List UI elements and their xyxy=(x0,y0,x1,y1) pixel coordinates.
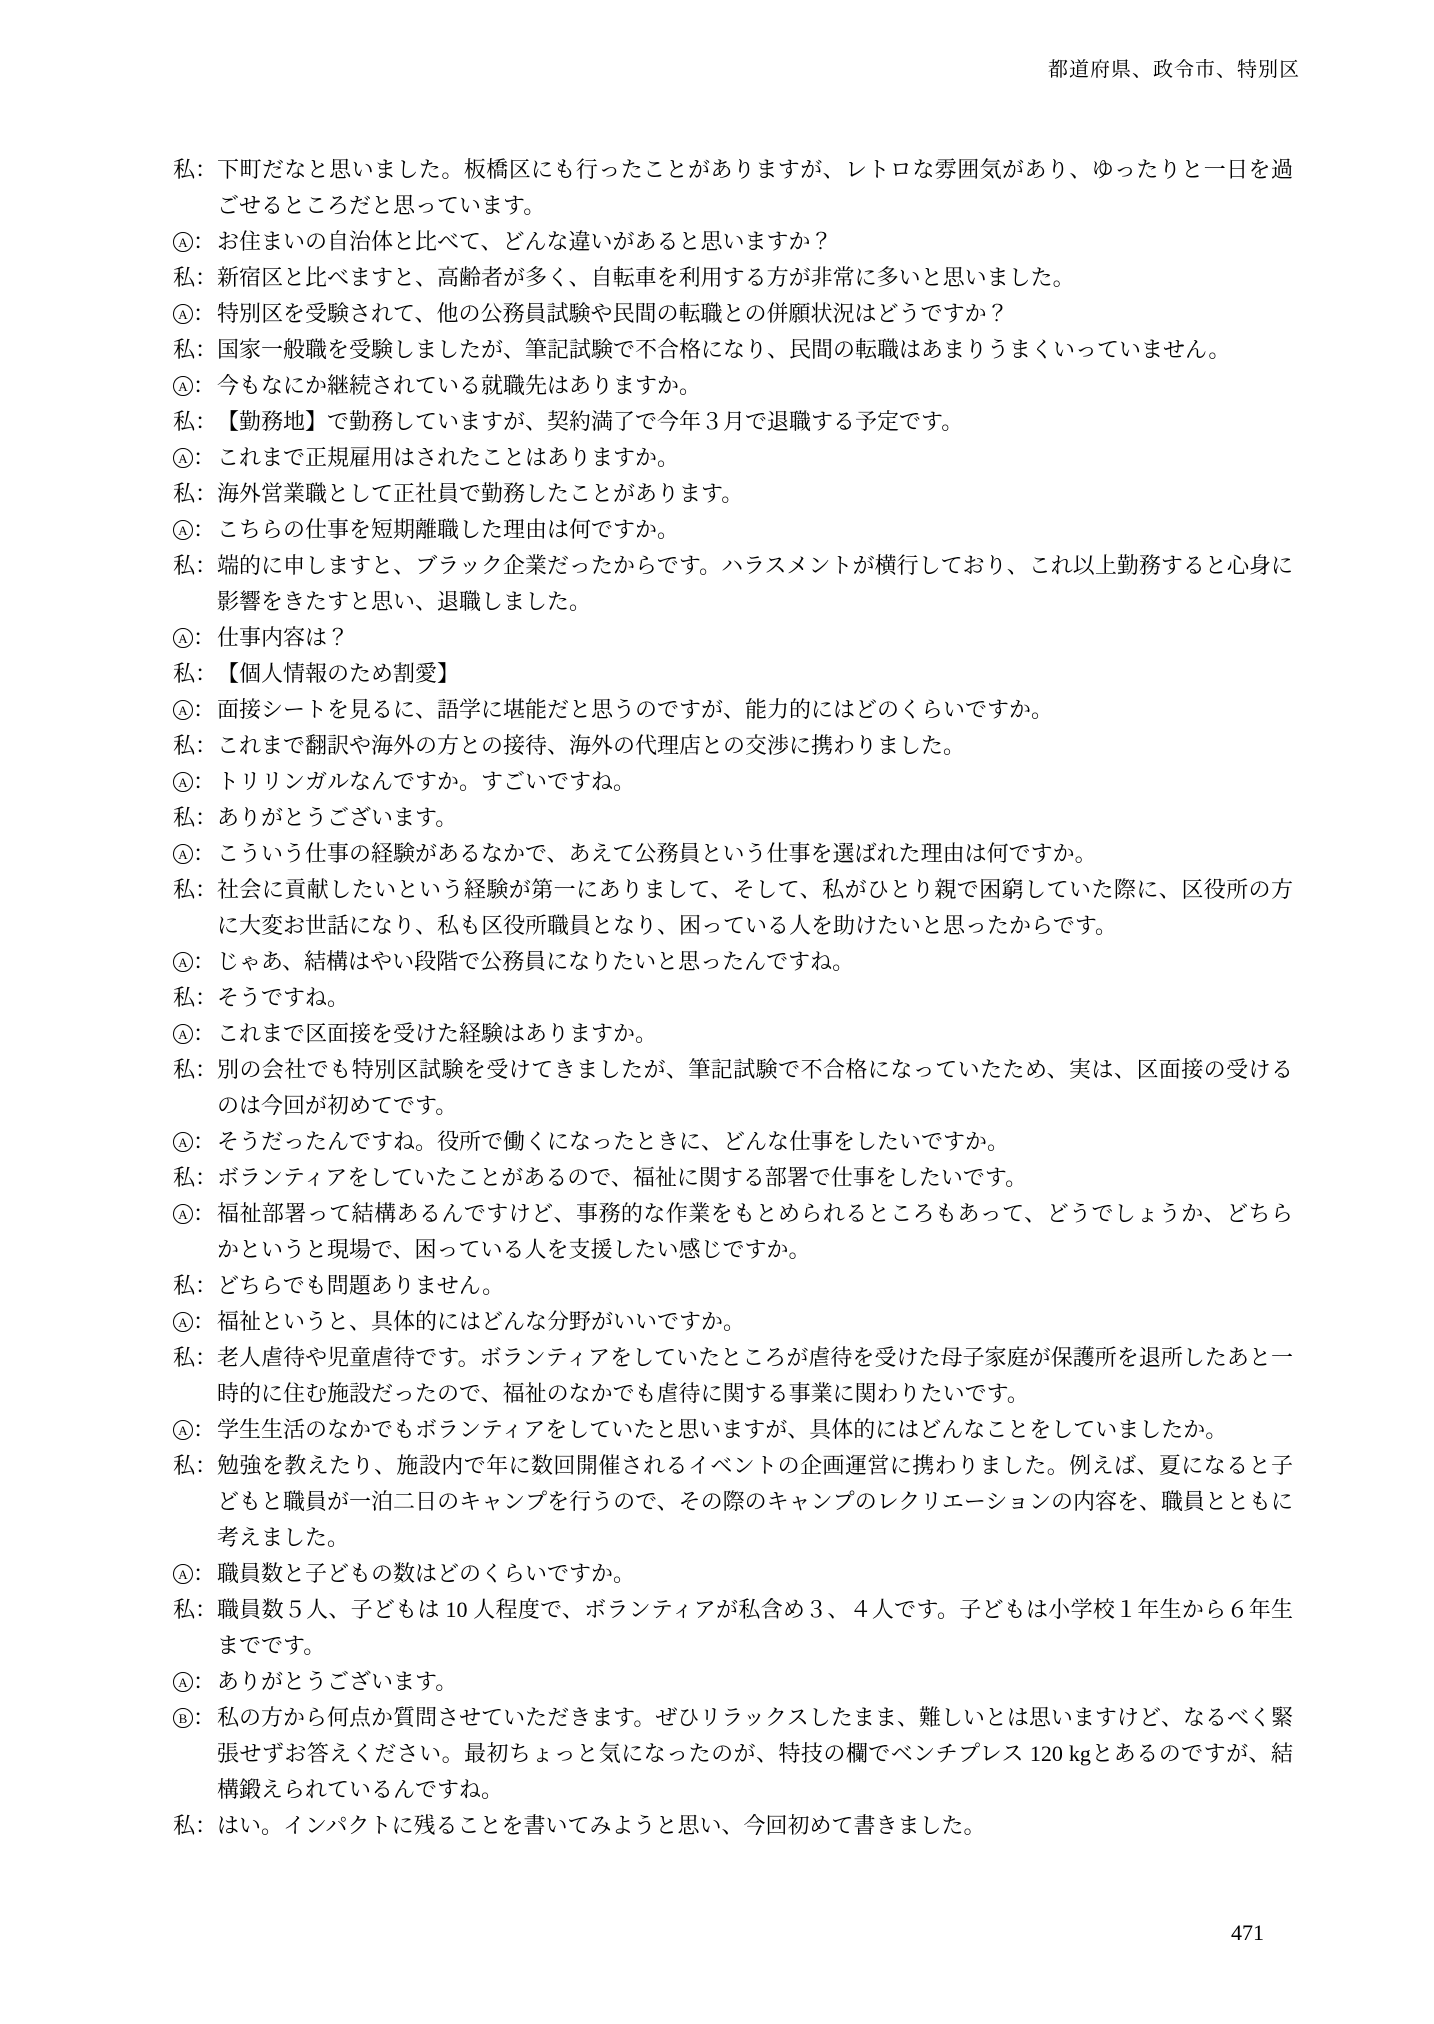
dialogue-row: A： そうだったんですね。役所で働くになったときに、どんな仕事をしたいですか。 xyxy=(173,1124,1293,1160)
dialogue-row: 私： 【勤務地】で勤務していますが、契約満了で今年３月で退職する予定です。 xyxy=(173,404,1293,440)
speaker-label: 私 xyxy=(173,411,195,433)
utterance-text: 新宿区と比べますと、高齢者が多く、自転車を利用する方が非常に多いと思いました。 xyxy=(217,260,1293,296)
dialogue-row: 私： そうですね。 xyxy=(173,980,1293,1016)
speaker-colon: ： xyxy=(195,1160,217,1196)
dialogue-row: A： これまで正規雇用はされたことはありますか。 xyxy=(173,440,1293,476)
utterance-text: こういう仕事の経験があるなかで、あえて公務員という仕事を選ばれた理由は何ですか。 xyxy=(217,836,1293,872)
speaker-colon: ： xyxy=(193,1016,215,1052)
utterance-text: こちらの仕事を短期離職した理由は何ですか。 xyxy=(217,512,1293,548)
utterance-text: ありがとうございます。 xyxy=(217,800,1293,836)
speaker-label: A xyxy=(173,1024,193,1044)
speaker-label: A xyxy=(173,376,193,396)
speaker-colon: ： xyxy=(195,404,217,440)
speaker-label: A xyxy=(173,1132,193,1152)
dialogue-row: 私： 下町だなと思いました。板橋区にも行ったことがありますが、レトロな雰囲気があ… xyxy=(173,152,1293,224)
speaker-label-wrap: 私： xyxy=(173,548,217,584)
utterance-text: 職員数と子どもの数はどのくらいですか。 xyxy=(217,1556,1293,1592)
dialogue-row: 私： 職員数５人、子どもは 10 人程度で、ボランティアが私含め３、４人です。子… xyxy=(173,1592,1293,1664)
dialogue-row: 私： ボランティアをしていたことがあるので、福祉に関する部署で仕事をしたいです。 xyxy=(173,1160,1293,1196)
speaker-colon: ： xyxy=(193,224,215,260)
utterance-text: 今もなにか継続されている就職先はありますか。 xyxy=(217,368,1293,404)
utterance-text: 下町だなと思いました。板橋区にも行ったことがありますが、レトロな雰囲気があり、ゆ… xyxy=(217,152,1293,224)
speaker-label-wrap: 私： xyxy=(173,656,217,692)
utterance-text: これまで区面接を受けた経験はありますか。 xyxy=(217,1016,1293,1052)
dialogue-row: 私： 別の会社でも特別区試験を受けてきましたが、筆記試験で不合格になっていたため… xyxy=(173,1052,1293,1124)
speaker-label-wrap: A： xyxy=(173,1196,217,1232)
utterance-text: 面接シートを見るに、語学に堪能だと思うのですが、能力的にはどのくらいですか。 xyxy=(217,692,1293,728)
speaker-label-wrap: A： xyxy=(173,1016,217,1052)
speaker-label: 私 xyxy=(173,807,195,829)
speaker-label-wrap: 私： xyxy=(173,1052,217,1088)
speaker-colon: ： xyxy=(193,1412,215,1448)
dialogue-row: A： お住まいの自治体と比べて、どんな違いがあると思いますか？ xyxy=(173,224,1293,260)
speaker-colon: ： xyxy=(193,692,215,728)
utterance-text: 福祉部署って結構あるんですけど、事務的な作業をもとめられるところもあって、どうで… xyxy=(217,1196,1293,1268)
speaker-label: 私 xyxy=(173,879,195,901)
speaker-colon: ： xyxy=(195,1592,217,1628)
dialogue-row: B： 私の方から何点か質問させていただきます。ぜひリラックスしたまま、難しいとは… xyxy=(173,1700,1293,1808)
speaker-label: A xyxy=(173,1420,193,1440)
speaker-label: 私 xyxy=(173,1275,195,1297)
speaker-label-wrap: A： xyxy=(173,1304,217,1340)
dialogue-row: 私： 新宿区と比べますと、高齢者が多く、自転車を利用する方が非常に多いと思いまし… xyxy=(173,260,1293,296)
speaker-label: 私 xyxy=(173,483,195,505)
speaker-label: 私 xyxy=(173,1059,195,1081)
speaker-colon: ： xyxy=(193,1124,215,1160)
speaker-colon: ： xyxy=(193,764,215,800)
utterance-text: 【個人情報のため割愛】 xyxy=(217,656,1293,692)
speaker-label: B xyxy=(173,1708,193,1728)
utterance-text: これまで翻訳や海外の方との接待、海外の代理店との交渉に携わりました。 xyxy=(217,728,1293,764)
dialogue-row: A： 福祉というと、具体的にはどんな分野がいいですか。 xyxy=(173,1304,1293,1340)
speaker-label: 私 xyxy=(173,1815,195,1837)
speaker-label: A xyxy=(173,1312,193,1332)
dialogue-row: 私： これまで翻訳や海外の方との接待、海外の代理店との交渉に携わりました。 xyxy=(173,728,1293,764)
speaker-label: 私 xyxy=(173,663,195,685)
dialogue-list: 私： 下町だなと思いました。板橋区にも行ったことがありますが、レトロな雰囲気があ… xyxy=(173,152,1293,1844)
speaker-label: 私 xyxy=(173,555,195,577)
dialogue-row: A： トリリンガルなんですか。すごいですね。 xyxy=(173,764,1293,800)
dialogue-row: A： これまで区面接を受けた経験はありますか。 xyxy=(173,1016,1293,1052)
speaker-label-wrap: A： xyxy=(173,944,217,980)
speaker-colon: ： xyxy=(195,260,217,296)
speaker-label: A xyxy=(173,844,193,864)
dialogue-row: 私： 老人虐待や児童虐待です。ボランティアをしていたところが虐待を受けた母子家庭… xyxy=(173,1340,1293,1412)
utterance-text: 学生生活のなかでもボランティアをしていたと思いますが、具体的にはどんなことをして… xyxy=(217,1412,1293,1448)
dialogue-row: 私： 社会に貢献したいという経験が第一にありまして、そして、私がひとり親で困窮し… xyxy=(173,872,1293,944)
speaker-colon: ： xyxy=(195,656,217,692)
document-page: 都道府県、政令市、特別区 私： 下町だなと思いました。板橋区にも行ったことがあり… xyxy=(0,0,1434,2024)
speaker-label-wrap: 私： xyxy=(173,1340,217,1376)
speaker-label-wrap: A： xyxy=(173,692,217,728)
speaker-label-wrap: 私： xyxy=(173,728,217,764)
speaker-label: 私 xyxy=(173,267,195,289)
speaker-label-wrap: A： xyxy=(173,1412,217,1448)
speaker-label: A xyxy=(173,772,193,792)
dialogue-row: 私： はい。インパクトに残ることを書いてみようと思い、今回初めて書きました。 xyxy=(173,1808,1293,1844)
speaker-label-wrap: B： xyxy=(173,1700,217,1736)
speaker-colon: ： xyxy=(193,944,215,980)
speaker-label-wrap: A： xyxy=(173,1556,217,1592)
page-number: 471 xyxy=(1231,1920,1264,1946)
utterance-text: 職員数５人、子どもは 10 人程度で、ボランティアが私含め３、４人です。子どもは… xyxy=(217,1592,1293,1664)
speaker-label: A xyxy=(173,520,193,540)
utterance-text: じゃあ、結構はやい段階で公務員になりたいと思ったんですね。 xyxy=(217,944,1293,980)
speaker-colon: ： xyxy=(193,512,215,548)
speaker-colon: ： xyxy=(193,1304,215,1340)
utterance-text: 社会に貢献したいという経験が第一にありまして、そして、私がひとり親で困窮していた… xyxy=(217,872,1293,944)
speaker-label: 私 xyxy=(173,1455,195,1477)
dialogue-row: A： こちらの仕事を短期離職した理由は何ですか。 xyxy=(173,512,1293,548)
speaker-colon: ： xyxy=(195,980,217,1016)
utterance-text: 【勤務地】で勤務していますが、契約満了で今年３月で退職する予定です。 xyxy=(217,404,1293,440)
speaker-label-wrap: 私： xyxy=(173,1160,217,1196)
speaker-colon: ： xyxy=(193,1556,215,1592)
utterance-text: はい。インパクトに残ることを書いてみようと思い、今回初めて書きました。 xyxy=(217,1808,1293,1844)
speaker-label-wrap: 私： xyxy=(173,872,217,908)
speaker-colon: ： xyxy=(193,1664,215,1700)
dialogue-row: A： 職員数と子どもの数はどのくらいですか。 xyxy=(173,1556,1293,1592)
speaker-label-wrap: A： xyxy=(173,620,217,656)
utterance-text: どちらでも問題ありません。 xyxy=(217,1268,1293,1304)
speaker-colon: ： xyxy=(195,152,217,188)
utterance-text: これまで正規雇用はされたことはありますか。 xyxy=(217,440,1293,476)
speaker-label-wrap: 私： xyxy=(173,260,217,296)
dialogue-row: 私： 海外営業職として正社員で勤務したことがあります。 xyxy=(173,476,1293,512)
speaker-colon: ： xyxy=(195,1808,217,1844)
speaker-colon: ： xyxy=(195,476,217,512)
speaker-label: 私 xyxy=(173,1599,195,1621)
speaker-label-wrap: A： xyxy=(173,296,217,332)
dialogue-row: A： 福祉部署って結構あるんですけど、事務的な作業をもとめられるところもあって、… xyxy=(173,1196,1293,1268)
speaker-colon: ： xyxy=(195,1052,217,1088)
dialogue-row: A： ありがとうございます。 xyxy=(173,1664,1293,1700)
speaker-colon: ： xyxy=(195,548,217,584)
dialogue-row: A： 特別区を受験されて、他の公務員試験や民間の転職との併願状況はどうですか？ xyxy=(173,296,1293,332)
speaker-label-wrap: 私： xyxy=(173,1268,217,1304)
speaker-colon: ： xyxy=(195,1340,217,1376)
speaker-label-wrap: A： xyxy=(173,764,217,800)
utterance-text: 端的に申しますと、ブラック企業だったからです。ハラスメントが横行しており、これ以… xyxy=(217,548,1293,620)
utterance-text: 特別区を受験されて、他の公務員試験や民間の転職との併願状況はどうですか？ xyxy=(217,296,1293,332)
speaker-label: A xyxy=(173,628,193,648)
speaker-label-wrap: A： xyxy=(173,368,217,404)
speaker-colon: ： xyxy=(193,440,215,476)
speaker-label-wrap: A： xyxy=(173,224,217,260)
utterance-text: 勉強を教えたり、施設内で年に数回開催されるイベントの企画運営に携わりました。例え… xyxy=(217,1448,1293,1556)
speaker-label-wrap: 私： xyxy=(173,332,217,368)
dialogue-row: 私： ありがとうございます。 xyxy=(173,800,1293,836)
utterance-text: 仕事内容は？ xyxy=(217,620,1293,656)
speaker-label-wrap: 私： xyxy=(173,152,217,188)
speaker-colon: ： xyxy=(193,620,215,656)
speaker-label-wrap: A： xyxy=(173,1664,217,1700)
speaker-label: A xyxy=(173,952,193,972)
dialogue-row: 私： 国家一般職を受験しましたが、筆記試験で不合格になり、民間の転職はあまりうま… xyxy=(173,332,1293,368)
speaker-colon: ： xyxy=(195,1268,217,1304)
page-header: 都道府県、政令市、特別区 xyxy=(1048,58,1300,82)
speaker-colon: ： xyxy=(195,332,217,368)
speaker-label-wrap: 私： xyxy=(173,1592,217,1628)
speaker-label: A xyxy=(173,448,193,468)
speaker-label: 私 xyxy=(173,159,195,181)
speaker-label: 私 xyxy=(173,987,195,1009)
dialogue-row: A： 学生生活のなかでもボランティアをしていたと思いますが、具体的にはどんなこと… xyxy=(173,1412,1293,1448)
utterance-text: ボランティアをしていたことがあるので、福祉に関する部署で仕事をしたいです。 xyxy=(217,1160,1293,1196)
dialogue-row: 私： 端的に申しますと、ブラック企業だったからです。ハラスメントが横行しており、… xyxy=(173,548,1293,620)
speaker-label: 私 xyxy=(173,1347,195,1369)
dialogue-row: 私： どちらでも問題ありません。 xyxy=(173,1268,1293,1304)
speaker-label: 私 xyxy=(173,1167,195,1189)
utterance-text: 老人虐待や児童虐待です。ボランティアをしていたところが虐待を受けた母子家庭が保護… xyxy=(217,1340,1293,1412)
speaker-label-wrap: 私： xyxy=(173,476,217,512)
speaker-colon: ： xyxy=(193,1700,215,1736)
speaker-label: A xyxy=(173,1564,193,1584)
dialogue-row: A： 今もなにか継続されている就職先はありますか。 xyxy=(173,368,1293,404)
speaker-label-wrap: A： xyxy=(173,836,217,872)
utterance-text: トリリンガルなんですか。すごいですね。 xyxy=(217,764,1293,800)
utterance-text: 国家一般職を受験しましたが、筆記試験で不合格になり、民間の転職はあまりうまくいっ… xyxy=(217,332,1293,368)
dialogue-row: A： じゃあ、結構はやい段階で公務員になりたいと思ったんですね。 xyxy=(173,944,1293,980)
utterance-text: 海外営業職として正社員で勤務したことがあります。 xyxy=(217,476,1293,512)
utterance-text: 私の方から何点か質問させていただきます。ぜひリラックスしたまま、難しいとは思いま… xyxy=(217,1700,1293,1808)
speaker-label-wrap: A： xyxy=(173,1124,217,1160)
utterance-text: 別の会社でも特別区試験を受けてきましたが、筆記試験で不合格になっていたため、実は… xyxy=(217,1052,1293,1124)
speaker-colon: ： xyxy=(193,1196,215,1232)
utterance-text: そうだったんですね。役所で働くになったときに、どんな仕事をしたいですか。 xyxy=(217,1124,1293,1160)
speaker-label-wrap: A： xyxy=(173,440,217,476)
dialogue-row: A： こういう仕事の経験があるなかで、あえて公務員という仕事を選ばれた理由は何で… xyxy=(173,836,1293,872)
dialogue-row: A： 面接シートを見るに、語学に堪能だと思うのですが、能力的にはどのくらいですか… xyxy=(173,692,1293,728)
speaker-colon: ： xyxy=(195,1448,217,1484)
speaker-colon: ： xyxy=(195,872,217,908)
speaker-label-wrap: 私： xyxy=(173,1448,217,1484)
utterance-text: 福祉というと、具体的にはどんな分野がいいですか。 xyxy=(217,1304,1293,1340)
utterance-text: そうですね。 xyxy=(217,980,1293,1016)
dialogue-row: 私： 【個人情報のため割愛】 xyxy=(173,656,1293,692)
speaker-colon: ： xyxy=(193,368,215,404)
dialogue-row: A： 仕事内容は？ xyxy=(173,620,1293,656)
speaker-colon: ： xyxy=(195,800,217,836)
speaker-colon: ： xyxy=(193,296,215,332)
speaker-label-wrap: 私： xyxy=(173,800,217,836)
utterance-text: ありがとうございます。 xyxy=(217,1664,1293,1700)
speaker-label: A xyxy=(173,700,193,720)
speaker-label: A xyxy=(173,1672,193,1692)
speaker-label-wrap: A： xyxy=(173,512,217,548)
speaker-label-wrap: 私： xyxy=(173,404,217,440)
speaker-label: A xyxy=(173,1204,193,1224)
utterance-text: お住まいの自治体と比べて、どんな違いがあると思いますか？ xyxy=(217,224,1293,260)
speaker-label: A xyxy=(173,304,193,324)
speaker-label-wrap: 私： xyxy=(173,980,217,1016)
speaker-label: A xyxy=(173,232,193,252)
speaker-label: 私 xyxy=(173,339,195,361)
dialogue-row: 私： 勉強を教えたり、施設内で年に数回開催されるイベントの企画運営に携わりました… xyxy=(173,1448,1293,1556)
speaker-label-wrap: 私： xyxy=(173,1808,217,1844)
speaker-label: 私 xyxy=(173,735,195,757)
speaker-colon: ： xyxy=(193,836,215,872)
speaker-colon: ： xyxy=(195,728,217,764)
